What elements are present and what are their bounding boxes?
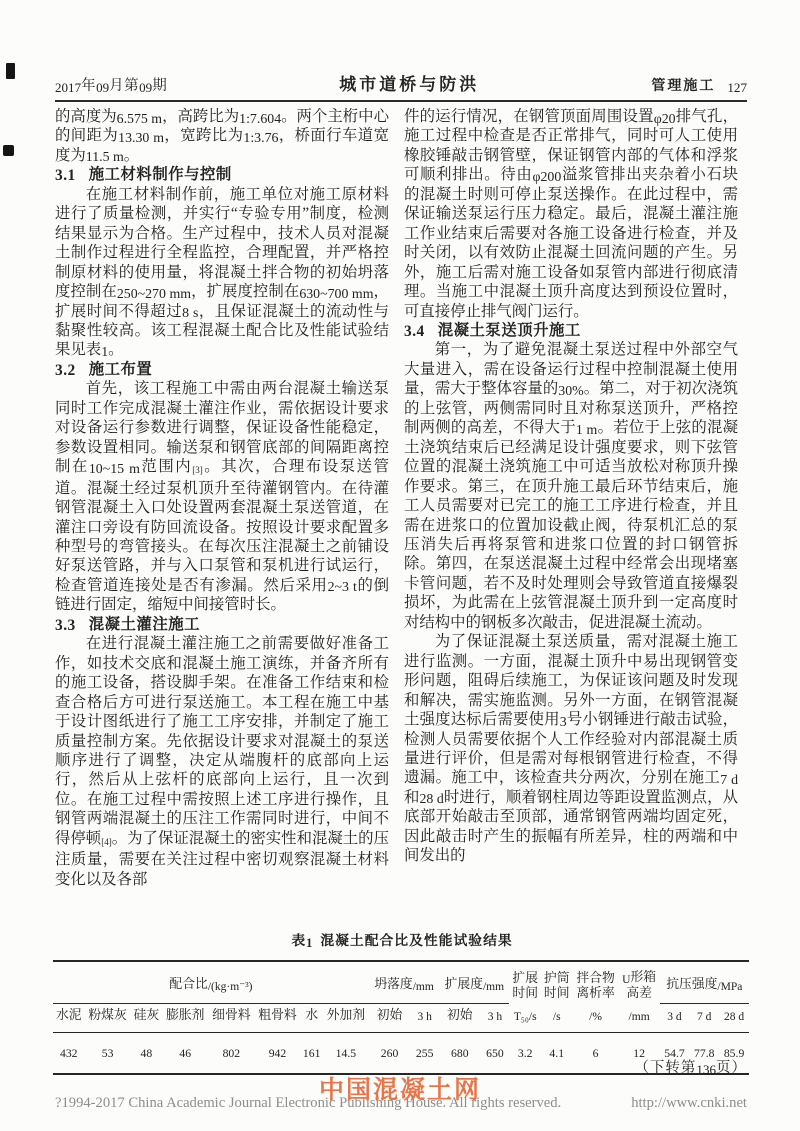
table-caption-number: 表1 <box>291 933 312 948</box>
paragraph: 件的运行情况，在钢管顶面周围设置φ20排气孔，施工过程中检查是否正常排气，同时可… <box>404 107 738 321</box>
table-group-header: 拌合物 离析率 <box>572 961 618 1003</box>
latin-run: U <box>622 974 630 986</box>
section-title: 施工布置 <box>89 361 153 378</box>
latin-run: 09 <box>139 80 152 95</box>
table-subheader: 7 d <box>689 1003 719 1032</box>
latin-run: 13.30 m <box>118 130 164 145</box>
section-heading: 3.3混凝土灌注施工 <box>55 615 389 634</box>
table-subheader: 粉煤灰 <box>85 1003 131 1032</box>
table-group-header: 护筒 时间 <box>541 961 573 1003</box>
table-subheader: 3 h <box>410 1003 439 1032</box>
latin-run: /mm <box>483 981 504 993</box>
latin-run: 127 <box>727 80 747 95</box>
journal-page: 2017年09月第09期 城市道桥与防洪 管理施工127 的高度为6.575 m… <box>0 0 800 1131</box>
table-caption-text: 混凝土配合比及性能试验结果 <box>320 933 512 948</box>
latin-run: 1:3.76 <box>243 130 278 145</box>
left-text-column: 的高度为6.575 m，高跨比为1:7.604。两个主桁中心的间距为13.30 … <box>55 107 389 927</box>
latin-run: 2017 <box>55 80 81 95</box>
latin-run: 250~270 mm <box>117 286 191 301</box>
latin-run: 09 <box>96 80 109 95</box>
copyright-text: ?1994-2017 China Academic Journal Electr… <box>55 1095 561 1112</box>
paragraph: 在施工材料制作前，施工单位对施工原材料进行了质量检测，并实行“专验专用”制度，检… <box>55 185 389 360</box>
latin-run: 3 h <box>417 1011 431 1023</box>
scan-artifact <box>3 145 14 156</box>
table-subheader: /s <box>541 1003 573 1032</box>
paragraph: 为了保证混凝土泵送质量，需对混凝土施工进行监测。一方面，混凝土顶升中易出现钢管变… <box>404 632 738 865</box>
latin-run: T₅₀/s <box>514 1011 537 1023</box>
latin-run: /% <box>589 1011 602 1023</box>
page-number: 127 <box>727 78 747 94</box>
paragraph: 的高度为6.575 m，高跨比为1:7.604。两个主桁中心的间距为13.30 … <box>55 107 389 165</box>
section-number: 3.1 <box>55 167 76 184</box>
section-title: 混凝土泵送顶升施工 <box>438 322 581 339</box>
cnki-url: http://www.cnki.net <box>631 1095 747 1112</box>
table-subheader: /% <box>572 1003 618 1032</box>
table-subheader: 3 d <box>660 1003 690 1032</box>
latin-run: 2~3 t <box>328 579 357 594</box>
section-heading: 3.1施工材料制作与控制 <box>55 165 389 184</box>
column-and-page: 管理施工127 <box>651 75 747 95</box>
latin-run: φ200 <box>533 169 562 184</box>
latin-run: 7 d <box>720 772 738 787</box>
latin-run: /mm <box>413 981 434 993</box>
section-title: 混凝土灌注施工 <box>89 616 200 633</box>
table-group-header: 抗压强度/MPa <box>660 961 749 1003</box>
latin-run: φ20 <box>654 111 676 126</box>
section-number: 3.3 <box>55 617 76 634</box>
latin-run: 30% <box>558 383 583 398</box>
table-subheader: /mm <box>619 1003 660 1032</box>
latin-run: [4] <box>101 837 112 847</box>
section-number: 3.4 <box>404 323 425 340</box>
watermark: 中国混凝土网 <box>319 1070 481 1106</box>
section-number: 3.2 <box>55 362 76 379</box>
header-rule <box>55 100 747 102</box>
latin-run: 136 <box>696 1062 716 1077</box>
table-group-header: 坍落度/mm <box>369 961 439 1003</box>
latin-run: 11.5 m <box>86 149 124 164</box>
table-subheader: 水 <box>301 1003 323 1032</box>
latin-run: 630~700 mm <box>299 286 373 301</box>
latin-run: 8 s <box>182 305 198 320</box>
column-name: 管理施工 <box>651 79 715 94</box>
latin-run: /mm <box>629 1011 650 1023</box>
section-heading: 3.2施工布置 <box>55 360 389 379</box>
latin-run: 10~15 m <box>89 461 140 476</box>
latin-run: 28 d <box>724 1011 744 1023</box>
section-heading: 3.4混凝土泵送顶升施工 <box>404 321 738 340</box>
table-subheader: 初始 <box>439 1003 480 1032</box>
table-subheader: 外加剂 <box>323 1003 369 1032</box>
right-text-column: 件的运行情况，在钢管顶面周围设置φ20排气孔，施工过程中检查是否正常排气，同时可… <box>404 107 738 927</box>
latin-run: 3 h <box>488 1011 502 1023</box>
table-subheader: 28 d <box>719 1003 749 1032</box>
table-group-header: 配合比/(kg·m⁻³) <box>53 961 369 1003</box>
table-subheader: 膨胀剂 <box>162 1003 208 1032</box>
issue-label: 2017年09月第09期 <box>55 74 167 95</box>
latin-run: 7 d <box>697 1011 711 1023</box>
latin-run: /MPa <box>717 981 742 993</box>
latin-run: 3 <box>560 714 567 729</box>
journal-title: 城市道桥与防洪 <box>339 70 479 95</box>
table-subheader: 细骨料 <box>208 1003 254 1032</box>
table-subheader: 硅灰 <box>131 1003 163 1032</box>
paragraph: 首先，该工程施工中需由两台混凝土输送泵同时工作完成混凝土灌注作业，需依据设计要求… <box>55 379 389 614</box>
latin-run: 1:7.604 <box>239 111 281 126</box>
mix-design-table-section: 表1混凝土配合比及性能试验结果 配合比/(kg·m⁻³)坍落度/mm扩展度/mm… <box>53 929 749 1075</box>
table-subheader: T₅₀/s <box>509 1003 541 1032</box>
latin-run: 1 <box>101 344 108 359</box>
table-subheader: 水泥 <box>53 1003 85 1032</box>
paragraph: 在进行混凝土灌注施工之前需要做好准备工作，如技术交底和混凝土施工演练，并备齐所有… <box>55 634 389 889</box>
table-subheader: 初始 <box>369 1003 410 1032</box>
table-subheader: 3 h <box>480 1003 509 1032</box>
page-header: 2017年09月第09期 城市道桥与防洪 管理施工127 <box>55 70 747 95</box>
latin-run: [3] <box>192 465 203 475</box>
latin-run: /s <box>553 1011 561 1023</box>
latin-run: 1 <box>306 936 312 950</box>
latin-run: 3 d <box>667 1011 681 1023</box>
table-group-header: 扩展度/mm <box>439 961 509 1003</box>
table-group-header: U形箱 高差 <box>619 961 660 1003</box>
latin-run: 1 m <box>576 422 597 437</box>
table-caption: 表1混凝土配合比及性能试验结果 <box>53 929 749 949</box>
section-title: 施工材料制作与控制 <box>89 166 232 183</box>
scan-artifact <box>6 63 15 79</box>
table-group-header: 扩展 时间 <box>509 961 541 1003</box>
table-subheader: 粗骨料 <box>254 1003 300 1032</box>
latin-run: /(kg·m⁻³) <box>208 981 253 993</box>
paragraph: 第一，为了避免混凝土泵送过程中外部空气大量进入，需在设备运行过程中控制混凝土使用… <box>404 340 738 632</box>
latin-run: 28 d <box>419 791 443 806</box>
latin-run: 6.575 m <box>117 111 162 126</box>
